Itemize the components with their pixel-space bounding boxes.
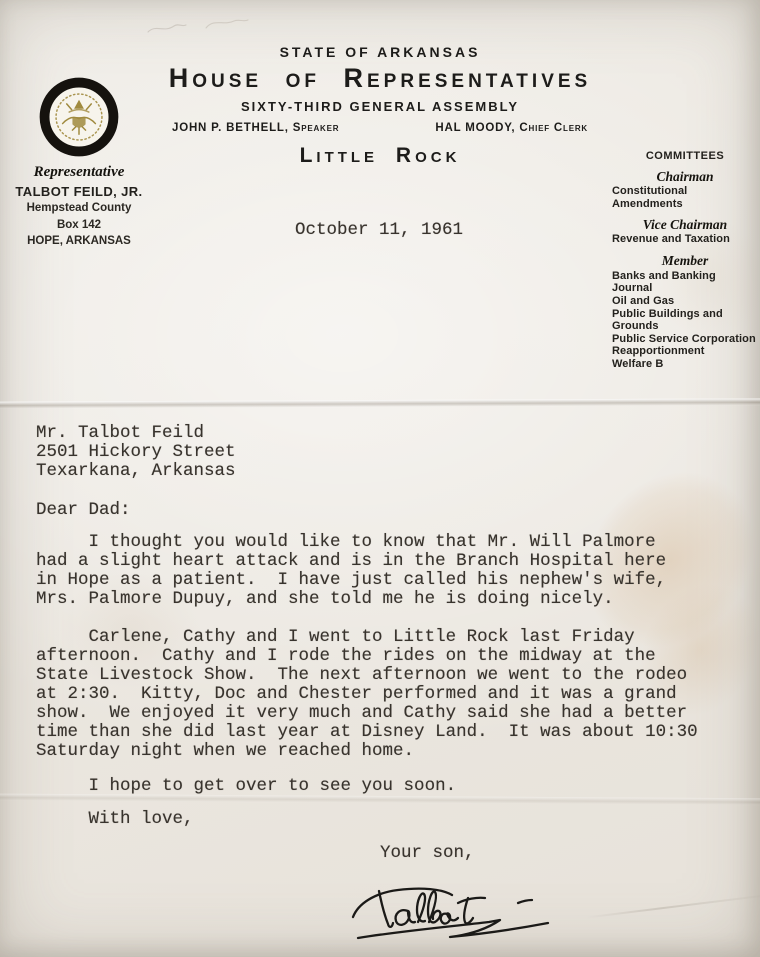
letter-page: STATE OF ARKANSAS House of Representativ… [0,0,760,957]
representative-block: Representative TALBOT FEILD, JR. Hempste… [10,76,148,249]
body-paragraph-1: I thought you would like to know that Mr… [36,533,666,609]
arkansas-state-seal-icon [38,76,120,158]
representative-name: TALBOT FEILD, JR. [10,184,148,199]
letterhead: STATE OF ARKANSAS House of Representativ… [168,44,592,168]
pencil-scribble [140,6,280,44]
committee-item: Revenue and Taxation [612,233,758,246]
committee-role: Vice Chairman [612,217,758,232]
letter-date: October 11, 1961 [295,221,463,240]
signoff: Your son, [380,844,475,863]
committee-role: Chairman [612,169,758,184]
committees-block: COMMITTEES Chairman Constitutional Amend… [612,150,758,371]
chief-clerk-name: HAL MOODY, Chief Clerk [435,122,588,134]
committee-item: Journal [612,282,758,295]
committee-group-member: Member Banks and Banking Journal Oil and… [612,253,758,371]
committee-item: Banks and Banking [612,270,758,283]
body-paragraph-2: Carlene, Cathy and I went to Little Rock… [36,628,698,761]
committee-group-vice-chairman: Vice Chairman Revenue and Taxation [612,217,758,246]
committees-title: COMMITTEES [612,150,758,162]
committee-member-list: Banks and Banking Journal Oil and Gas Pu… [612,270,758,371]
state-line: STATE OF ARKANSAS [168,44,592,60]
speaker-name: JOHN P. BETHELL, Speaker [172,122,339,134]
representative-box: Box 142 [10,218,148,233]
handwritten-signature [346,870,562,956]
closing: With love, [36,810,194,829]
committee-item: Reapportionment [612,345,758,358]
representative-label: Representative [10,164,148,181]
house-title: House of Representatives [168,63,592,93]
salutation: Dear Dad: [36,501,131,520]
committee-item: Oil and Gas [612,295,758,308]
representative-city: HOPE, ARKANSAS [10,234,148,249]
recipient-address: Mr. Talbot Feild 2501 Hickory Street Tex… [36,424,236,481]
committee-item: Welfare B [612,358,758,371]
city-line: Little Rock [168,144,592,168]
committee-role: Member [612,253,758,268]
committee-item: Public Service Corporation [612,333,758,346]
fold-crease [0,398,760,408]
officers-row: JOHN P. BETHELL, Speaker HAL MOODY, Chie… [168,122,592,134]
committee-group-chairman: Chairman Constitutional Amendments [612,169,758,210]
committee-item: Constitutional Amendments [612,185,758,210]
committee-item: Public Buildings and Grounds [612,308,758,333]
assembly-line: SIXTY-THIRD GENERAL ASSEMBLY [168,99,592,114]
representative-county: Hempstead County [10,201,148,216]
fold-crease [586,893,760,918]
body-paragraph-3: I hope to get over to see you soon. [36,777,456,796]
